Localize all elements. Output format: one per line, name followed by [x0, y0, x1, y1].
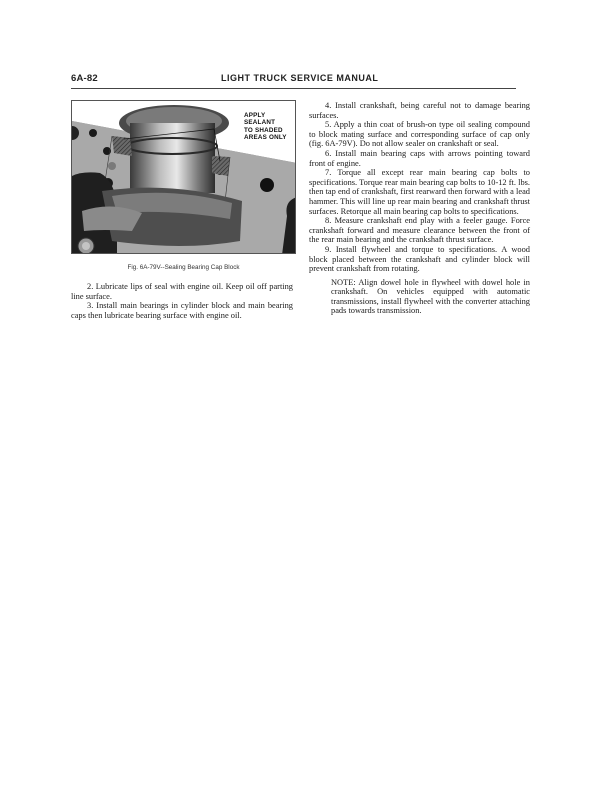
right-column: 4. Install crankshaft, being careful not… — [309, 101, 530, 316]
running-title: LIGHT TRUCK SERVICE MANUAL — [221, 73, 378, 83]
step-5: 5. Apply a thin coat of brush-on type oi… — [309, 120, 530, 149]
step-6: 6. Install main bearing caps with arrows… — [309, 149, 530, 168]
step-2: 2. Lubricate lips of seal with engine oi… — [71, 282, 293, 301]
callout-line-1: APPLY — [244, 112, 287, 119]
step-9: 9. Install flywheel and torque to specif… — [309, 245, 530, 274]
step-7: 7. Torque all except rear main bearing c… — [309, 168, 530, 216]
left-column: 2. Lubricate lips of seal with engine oi… — [71, 282, 293, 320]
step-8: 8. Measure crankshaft end play with a fe… — [309, 216, 530, 245]
callout-line-3: TO SHADED — [244, 127, 287, 134]
page-header: 6A-82 LIGHT TRUCK SERVICE MANUAL — [71, 73, 516, 89]
note-flywheel: NOTE: Align dowel hole in flywheel with … — [331, 278, 530, 316]
step-4: 4. Install crankshaft, being careful not… — [309, 101, 530, 120]
step-3: 3. Install main bearings in cylinder blo… — [71, 301, 293, 320]
callout-line-4: AREAS ONLY — [244, 134, 287, 141]
figure-photo: APPLY SEALANT TO SHADED AREAS ONLY — [71, 100, 296, 254]
header-rule — [71, 88, 516, 89]
page-number: 6A-82 — [71, 73, 98, 84]
figure-caption: Fig. 6A-79V--Sealing Bearing Cap Block — [71, 264, 296, 271]
callout-line-2: SEALANT — [244, 119, 287, 126]
figure-callout: APPLY SEALANT TO SHADED AREAS ONLY — [244, 112, 287, 142]
